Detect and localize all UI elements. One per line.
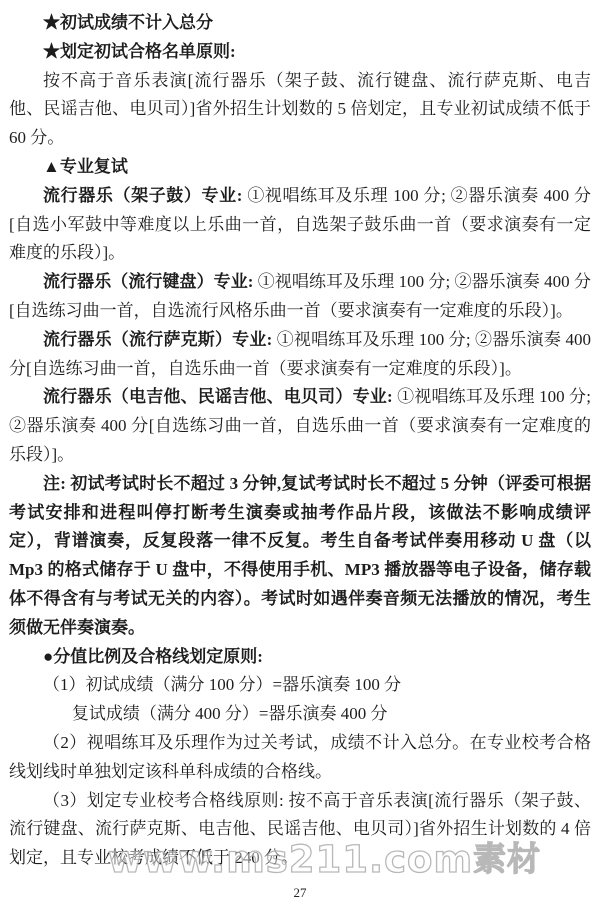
paragraph-text: （3）划定专业校考合格线原则: 按不高于音乐表演[流行器乐（架子鼓、流行键盘、流… — [9, 791, 591, 868]
item-1-initial-score: （1）初试成绩（满分 100 分）=器乐演奏 100 分 — [9, 671, 591, 700]
paragraph-text: 按不高于音乐表演[流行器乐（架子鼓、流行键盘、流行萨克斯、电吉他、民谣吉他、电贝… — [9, 71, 591, 148]
paragraph-lead: 注: 初试考试时长不超过 3 分钟,复试考试时长不超过 5 分钟（评委可根据考试… — [9, 474, 591, 637]
item-3-pass-line-rule: （3）划定专业校考合格线原则: 按不高于音乐表演[流行器乐（架子鼓、流行键盘、流… — [9, 787, 591, 873]
document-page: ★初试成绩不计入总分 ★划定初试合格名单原则: 按不高于音乐表演[流行器乐（架子… — [0, 0, 600, 913]
heading-score-ratio-rule: ●分值比例及合格线划定原则: — [9, 643, 591, 672]
paragraph-lead: 流行器乐（架子鼓）专业: — [43, 186, 247, 205]
page-number: 27 — [0, 885, 600, 901]
paragraph-lead: ▲专业复试 — [43, 157, 128, 176]
paragraph-exam-note: 注: 初试考试时长不超过 3 分钟,复试考试时长不超过 5 分钟（评委可根据考试… — [9, 470, 591, 643]
paragraph-lead: ●分值比例及合格线划定原则: — [43, 647, 263, 666]
paragraph-sax-major: 流行器乐（流行萨克斯）专业: ①视唱练耳及乐理 100 分; ②器乐演奏 400… — [9, 326, 591, 384]
paragraph-text: 复试成绩（满分 400 分）=器乐演奏 400 分 — [72, 704, 388, 723]
paragraph-drum-major: 流行器乐（架子鼓）专业: ①视唱练耳及乐理 100 分; ②器乐演奏 400 分… — [9, 182, 591, 268]
item-2-sight-singing-rule: （2）视唱练耳及乐理作为过关考试，成绩不计入总分。在专业校考合格线划线时单独划定… — [9, 729, 591, 787]
paragraph-guitar-bass-major: 流行器乐（电吉他、民谣吉他、电贝司）专业: ①视唱练耳及乐理 100 分; ②器… — [9, 383, 591, 469]
paragraph-text: （2）视唱练耳及乐理作为过关考试，成绩不计入总分。在专业校考合格线划线时单独划定… — [9, 733, 591, 781]
item-1-retest-score: 复试成绩（满分 400 分）=器乐演奏 400 分 — [9, 700, 591, 729]
paragraph-lead: ★划定初试合格名单原则: — [43, 42, 236, 61]
heading-initial-pass-list-rule: ★划定初试合格名单原则: — [9, 38, 591, 67]
document-body: ★初试成绩不计入总分 ★划定初试合格名单原则: 按不高于音乐表演[流行器乐（架子… — [9, 9, 591, 873]
paragraph-initial-pass-rule: 按不高于音乐表演[流行器乐（架子鼓、流行键盘、流行萨克斯、电吉他、民谣吉他、电贝… — [9, 67, 591, 153]
paragraph-keyboard-major: 流行器乐（流行键盘）专业: ①视唱练耳及乐理 100 分; ②器乐演奏 400 … — [9, 268, 591, 326]
paragraph-lead: 流行器乐（流行萨克斯）专业: — [43, 330, 277, 349]
heading-major-retest: ▲专业复试 — [9, 153, 591, 182]
paragraph-text: （1）初试成绩（满分 100 分）=器乐演奏 100 分 — [43, 675, 401, 694]
paragraph-lead: 流行器乐（流行键盘）专业: — [43, 272, 258, 291]
paragraph-lead: ★初试成绩不计入总分 — [43, 13, 213, 32]
paragraph-lead: 流行器乐（电吉他、民谣吉他、电贝司）专业: — [43, 387, 397, 406]
note-initial-score-not-counted: ★初试成绩不计入总分 — [9, 9, 591, 38]
